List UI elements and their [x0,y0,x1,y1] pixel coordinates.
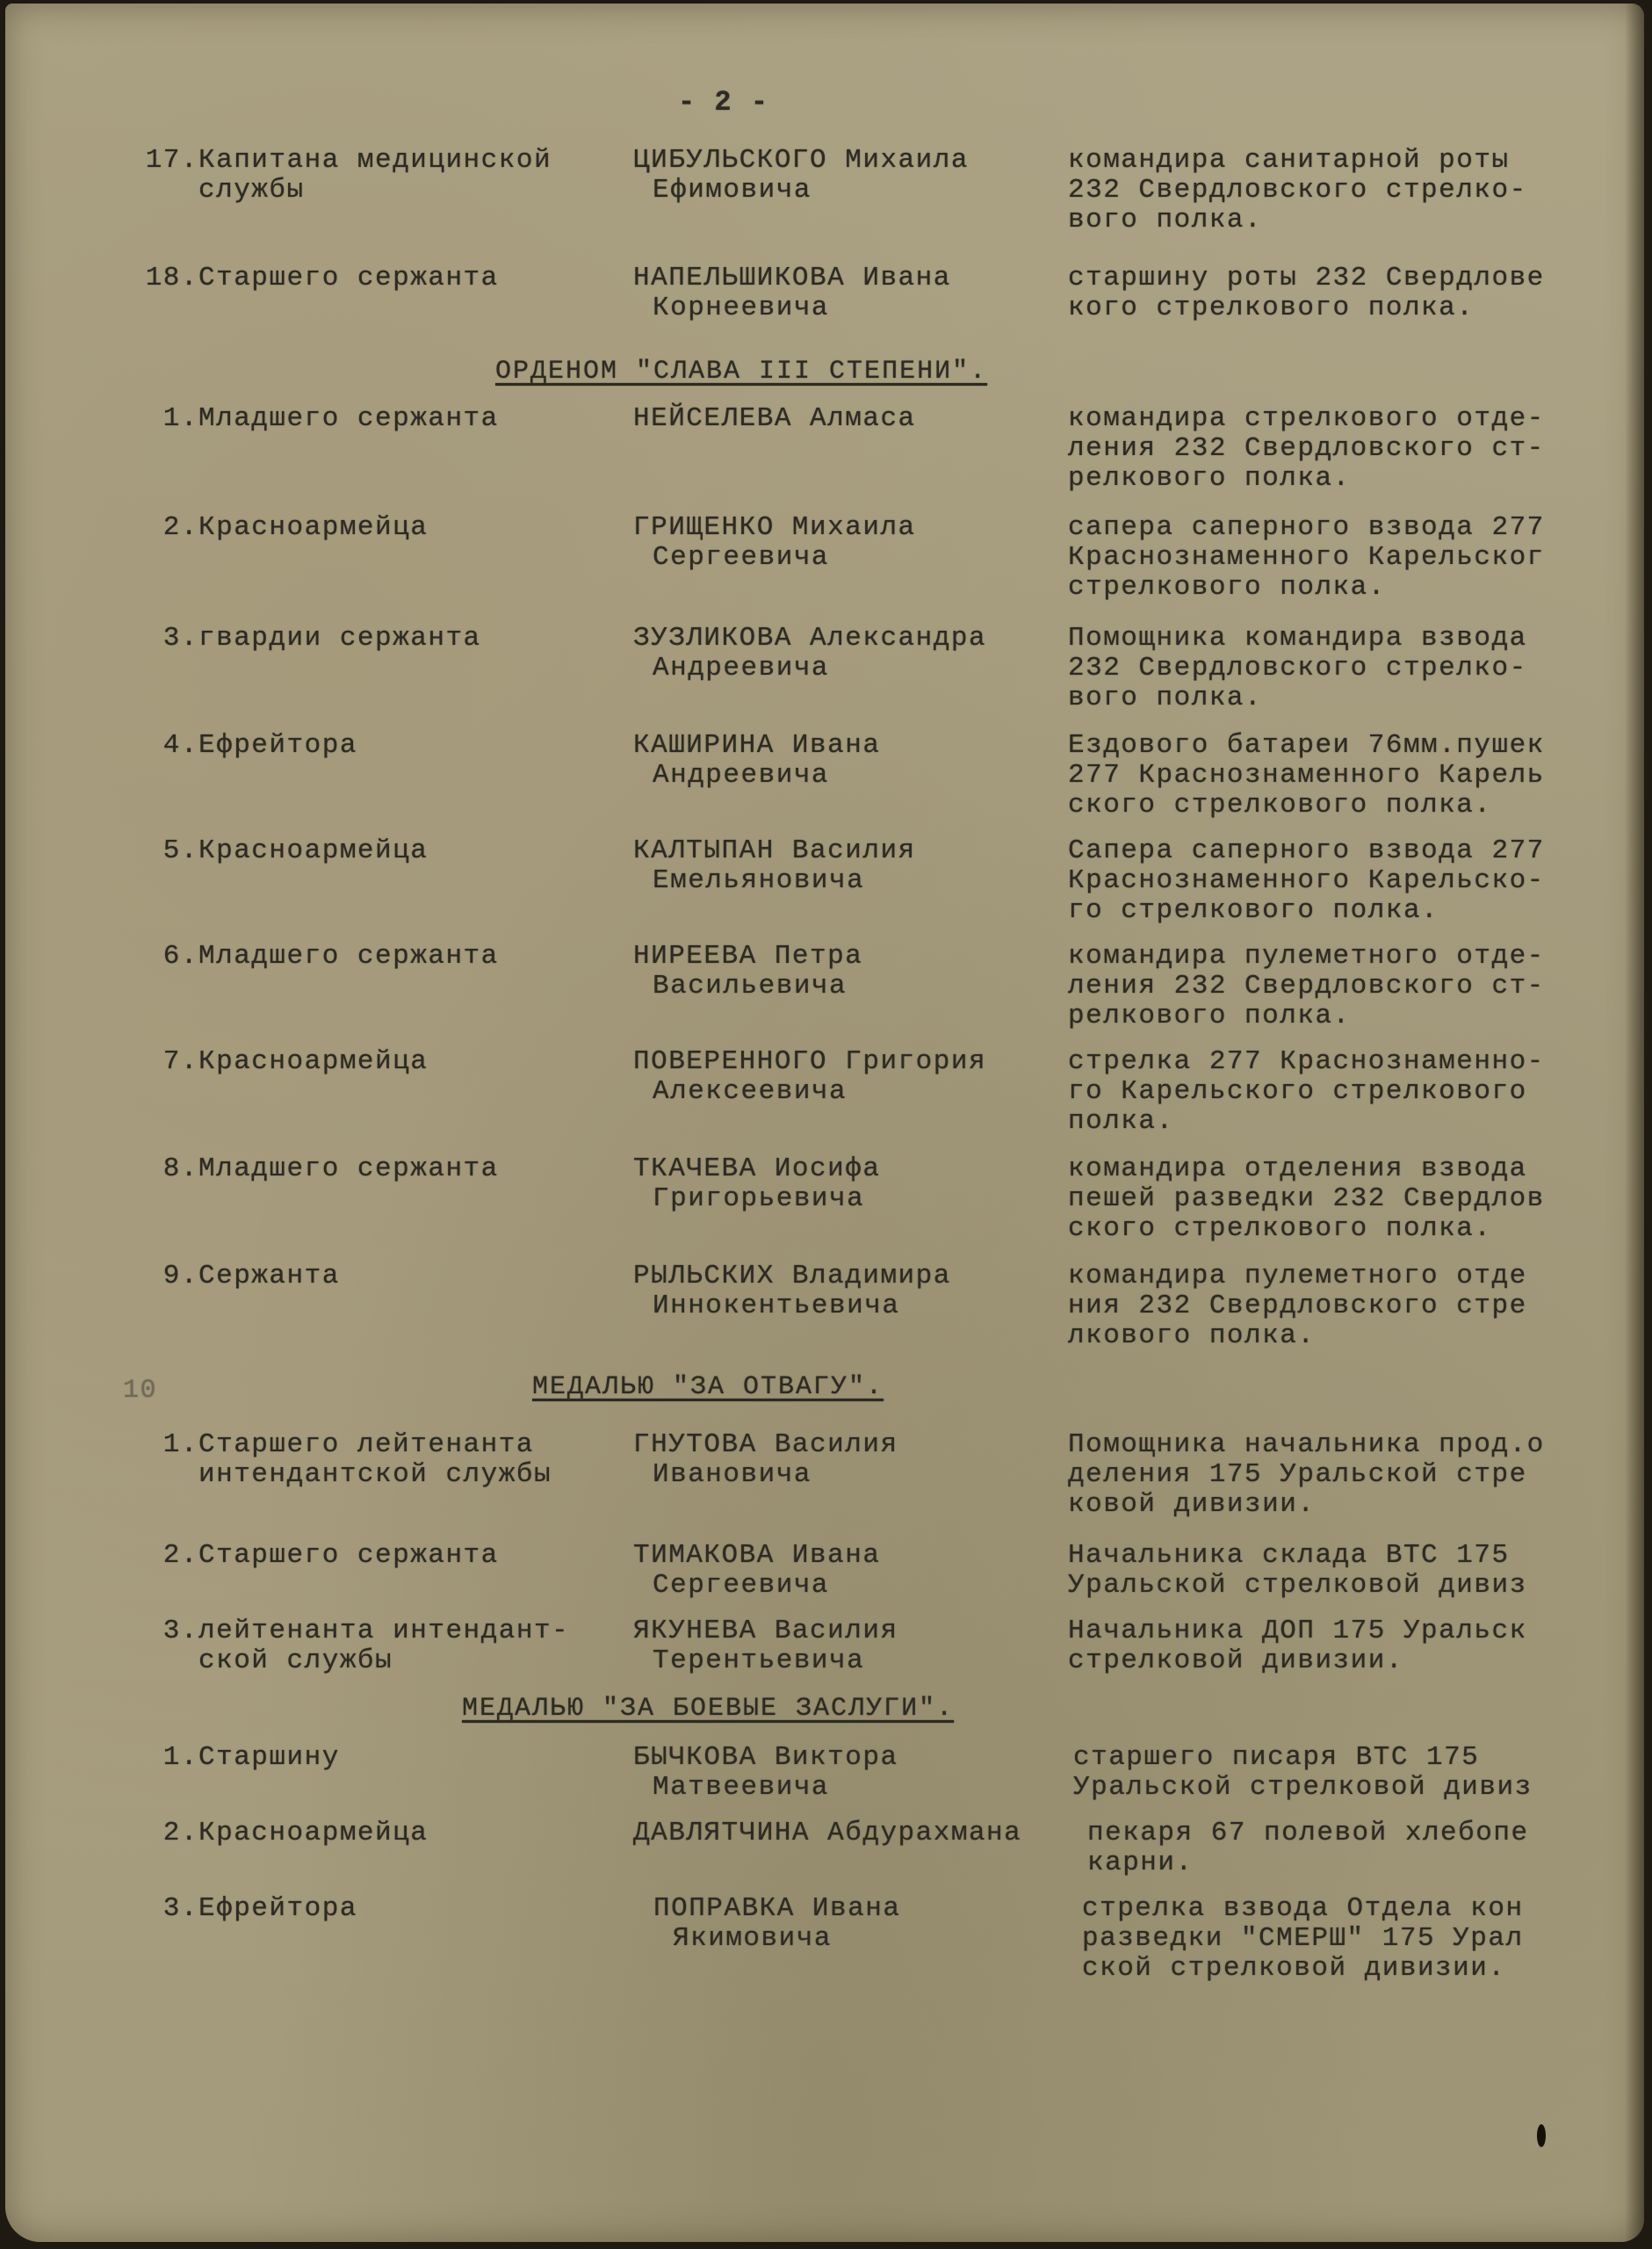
entry-number: 2. [119,1541,198,1571]
entry-number: 17. [119,146,198,176]
section-heading-medal-for-battle-merit: МЕДАЛЬЮ "ЗА БОЕВЫЕ ЗАСЛУГИ". [462,1694,954,1724]
entry-number: 1. [119,1430,198,1460]
entry-number: 1. [119,1743,198,1773]
entry-post: командира санитарной роты 232 Свердловск… [1068,146,1527,235]
entry-post: Начальника склада ВТС 175 Уральской стре… [1068,1541,1527,1601]
entry-post: Сапера саперного взвода 277 Краснознамен… [1068,836,1545,926]
entry-post: командира стрелкового отде- ления 232 Св… [1068,404,1545,494]
entry-post: командира отделения взвода пешей разведк… [1068,1154,1545,1244]
entry-post: сапера саперного взвода 277 Краснознамен… [1068,513,1545,603]
entry-post: Помощника командира взвода 232 Свердловс… [1068,624,1527,713]
document-page: - 2 - 17. Капитана медицинской службы ЦИ… [5,4,1644,2242]
entry-post: старшину роты 232 Свердлове кого стрелко… [1068,264,1545,323]
entry-rank: Младшего сержанта [198,1154,499,1184]
entry-name: НАПЕЛЬШИКОВА Ивана Корнеевича [633,264,951,323]
entry-name: ТКАЧЕВА Иосифа Григорьевича [633,1154,880,1214]
entry-post: командира пулеметного отде- ления 232 Св… [1068,942,1545,1031]
entry-number: 3. [119,1616,198,1646]
entry-rank: лейтенанта интендант- ской службы [198,1616,569,1676]
entry-number: 18. [119,264,198,293]
entry-name: ПОПРАВКА Ивана Якимовича [653,1894,900,1954]
entry-rank: Старшего сержанта [198,1541,499,1571]
entry-post: Ездового батареи 76мм.пушек 277 Краснозн… [1068,731,1545,821]
entry-rank: Младшего сержанта [198,942,499,972]
entry-post: Помощника начальника прод.о деления 175 … [1068,1430,1545,1520]
page-number: - 2 - [678,88,769,118]
entry-number: 4. [119,731,198,761]
entry-rank: Старшего лейтенанта интендантской службы [198,1430,552,1490]
entry-rank: Младшего сержанта [198,404,499,434]
entry-number: 1. [119,404,198,434]
entry-number: 3. [119,624,198,654]
entry-rank: Старшего сержанта [198,264,499,293]
entry-name: ГНУТОВА Василия Ивановича [633,1430,898,1490]
entry-number: 7. [119,1047,198,1077]
entry-name: РЫЛЬСКИХ Владимира Иннокентьевича [633,1262,951,1321]
entry-name: БЫЧКОВА Виктора Матвеевича [633,1743,898,1803]
entry-name: КАЛТЫПАН Василия Емельяновича [633,836,916,896]
section-heading-medal-for-courage: МЕДАЛЬЮ "ЗА ОТВАГУ". [532,1372,884,1402]
entry-rank: Сержанта [198,1262,340,1291]
entry-rank: гвардии сержанта [198,624,481,654]
entry-post: старшего писаря ВТС 175 Уральской стрелк… [1073,1743,1533,1803]
entry-number: 2. [119,513,198,543]
entry-name: ЦИБУЛЬСКОГО Михаила Ефимовича [633,146,969,206]
entry-name: ПОВЕРЕННОГО Григория Алексеевича [633,1047,986,1107]
entry-post: Начальника ДОП 175 Уральск стрелковой ди… [1068,1616,1527,1676]
entry-rank: Ефрейтора [198,731,357,761]
entry-post: стрелка 277 Краснознаменно- го Карельско… [1068,1047,1545,1137]
section-heading-order-of-glory: ОРДЕНОМ "СЛАВА III СТЕПЕНИ". [495,357,987,387]
entry-name: ЯКУНЕВА Василия Терентьевича [633,1616,898,1676]
entry-name: ТИМАКОВА Ивана Сергеевича [633,1541,880,1601]
entry-name: ДАВЛЯТЧИНА Абдурахмана [633,1819,1021,1848]
entry-number: 6. [119,942,198,972]
entry-post: командира пулеметного отде ния 232 Сверд… [1068,1262,1527,1351]
entry-post: пекаря 67 полевой хлебопе карни. [1087,1819,1529,1878]
entry-rank: Ефрейтора [198,1894,357,1924]
entry-post: стрелка взвода Отдела кон разведки "СМЕР… [1082,1894,1524,1984]
entry-number: 9. [119,1262,198,1291]
margin-note: 10 [123,1376,157,1406]
entry-rank: Капитана медицинской службы [198,146,552,206]
entry-rank: Красноармейца [198,836,428,866]
entry-name: ЗУЗЛИКОВА Александра Андреевича [633,624,986,683]
entry-name: КАШИРИНА Ивана Андреевича [633,731,880,791]
entry-rank: Красноармейца [198,513,428,543]
entry-rank: Красноармейца [198,1819,428,1848]
paper-hole [1537,2124,1546,2147]
entry-name: ГРИЩЕНКО Михаила Сергеевича [633,513,916,573]
entry-name: НИРЕЕВА Петра Васильевича [633,942,862,1002]
entry-number: 5. [119,836,198,866]
entry-number: 8. [119,1154,198,1184]
entry-number: 3. [119,1894,198,1924]
entry-rank: Старшину [198,1743,340,1773]
entry-number: 2. [119,1819,198,1848]
entry-rank: Красноармейца [198,1047,428,1077]
entry-name: НЕЙСЕЛЕВА Алмаса [633,404,916,434]
